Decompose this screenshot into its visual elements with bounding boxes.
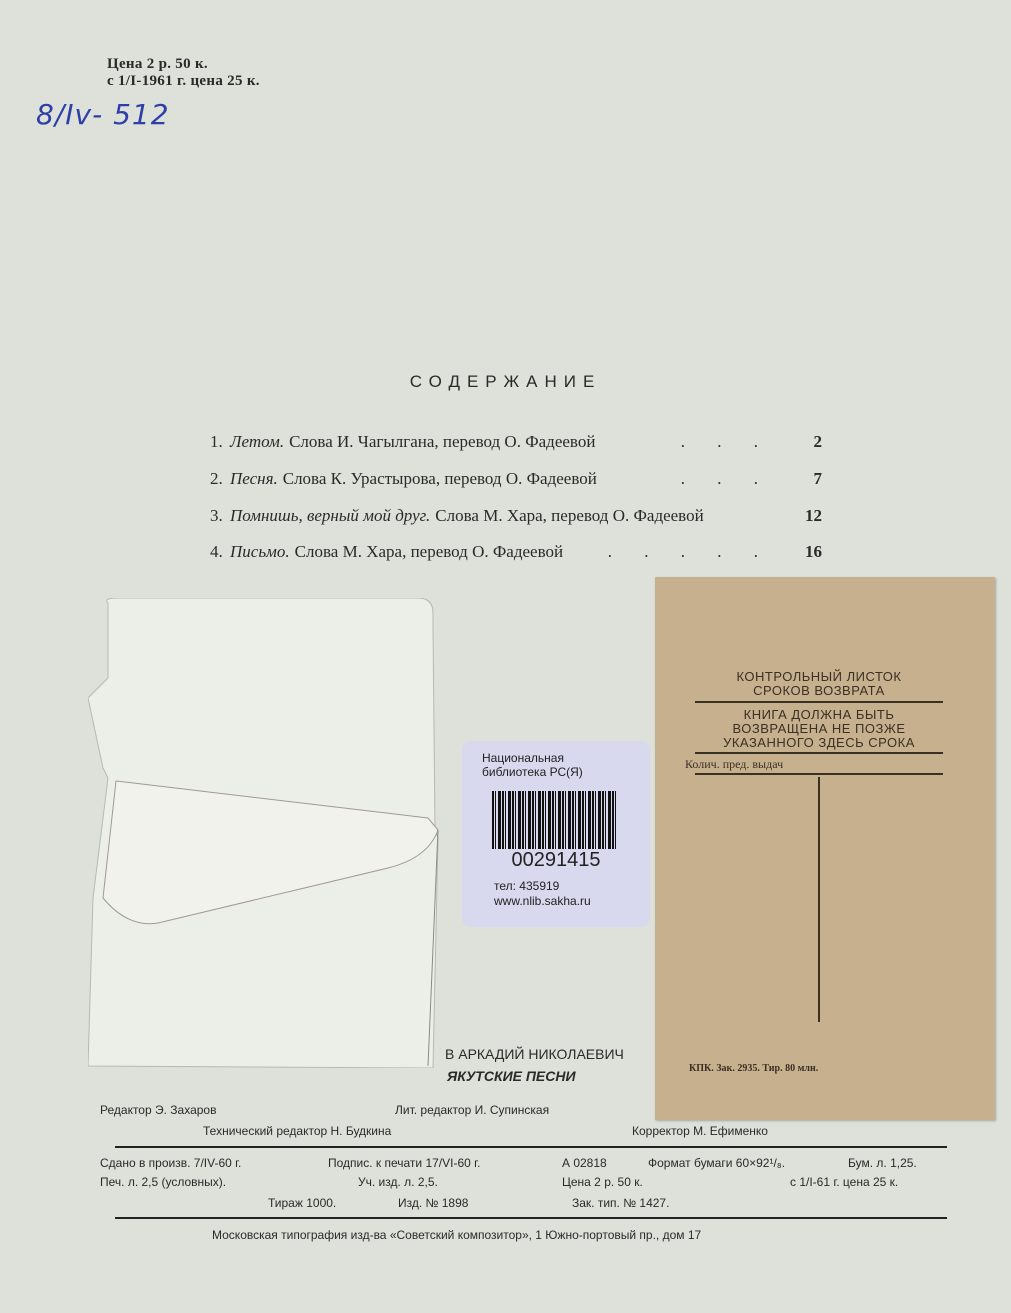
- barcode-icon: [492, 791, 616, 849]
- library-phone: тел: 435919: [494, 879, 591, 894]
- printer-address: Московская типография изд-ва «Советский …: [212, 1228, 701, 1242]
- book-title: ЯКУТСКИЕ ПЕСНИ: [447, 1068, 576, 1084]
- library-url: www.nlib.sakha.ru: [494, 894, 591, 909]
- card-notice-3: УКАЗАННОГО ЗДЕСЬ СРОКА: [695, 736, 943, 750]
- toc-num: 3.: [210, 506, 230, 526]
- colophon-order-no: Зак. тип. № 1427.: [572, 1196, 669, 1210]
- colophon-code: А 02818: [562, 1156, 607, 1170]
- toc-page: 2: [798, 432, 822, 452]
- toc-title: Песня.: [230, 469, 278, 489]
- colophon-publ-sheets: Уч. изд. л. 2,5.: [358, 1175, 438, 1189]
- divider: [115, 1146, 947, 1148]
- toc-entry: 1.Летом.Слова И. Чагылгана, перевод О. Ф…: [210, 432, 822, 452]
- toc-title: СОДЕРЖАНИЕ: [0, 372, 1011, 392]
- envelope-pocket: [88, 598, 443, 1068]
- toc-page: 7: [798, 469, 822, 489]
- toc-num: 1.: [210, 432, 230, 452]
- toc-num: 4.: [210, 542, 230, 562]
- divider: [695, 752, 943, 754]
- toc-entry: 4.Письмо.Слова М. Хара, перевод О. Фадее…: [210, 542, 822, 562]
- lit-editor: Лит. редактор И. Супинская: [395, 1103, 549, 1117]
- toc-dots: . . .: [595, 432, 798, 452]
- toc-entry: 2.Песня.Слова К. Урастырова, перевод О. …: [210, 469, 822, 489]
- colophon-print-sheets: Печ. л. 2,5 (условных).: [100, 1175, 226, 1189]
- toc-dots: . . . . .: [563, 542, 798, 562]
- book-author: В АРКАДИЙ НИКОЛАЕВИЧ: [445, 1046, 624, 1062]
- toc-dots: . . .: [597, 469, 798, 489]
- toc-num: 2.: [210, 469, 230, 489]
- column-divider: [818, 777, 820, 1022]
- toc-credit: Слова И. Чагылгана, перевод О. Фадеевой: [289, 432, 595, 452]
- toc-credit: Слова М. Хара, перевод О. Фадеевой: [435, 506, 703, 526]
- toc-title: Летом.: [230, 432, 284, 452]
- colophon-paper-sheets: Бум. л. 1,25.: [848, 1156, 917, 1170]
- tech-editor: Технический редактор Н. Будкина: [203, 1124, 391, 1138]
- divider: [115, 1217, 947, 1219]
- divider: [695, 701, 943, 703]
- library-barcode-label: Национальная библиотека РС(Я) 00291415 т…: [462, 741, 650, 927]
- toc-title: Письмо.: [230, 542, 290, 562]
- card-notice-2: ВОЗВРАЩЕНА НЕ ПОЗЖЕ: [695, 722, 943, 736]
- card-heading-2: СРОКОВ ВОЗВРАТА: [695, 684, 943, 698]
- colophon-submitted: Сдано в произв. 7/IV-60 г.: [100, 1156, 241, 1170]
- card-notice-1: КНИГА ДОЛЖНА БЫТЬ: [695, 708, 943, 722]
- toc-title: Помнишь, верный мой друг.: [230, 506, 430, 526]
- price-line-2: с 1/I-1961 г. цена 25 к.: [107, 73, 260, 90]
- colophon-signed: Подпис. к печати 17/VI-60 г.: [328, 1156, 480, 1170]
- toc-dots: [704, 506, 798, 526]
- colophon-print-run: Тираж 1000.: [268, 1196, 336, 1210]
- toc-entry: 3.Помнишь, верный мой друг.Слова М. Хара…: [210, 506, 822, 526]
- library-name: Национальная библиотека РС(Я): [482, 751, 602, 779]
- colophon-publisher-no: Изд. № 1898: [398, 1196, 468, 1210]
- handwritten-shelf-mark: 8/Iv- 512: [36, 98, 170, 131]
- toc-credit: Слова К. Урастырова, перевод О. Фадеевой: [283, 469, 597, 489]
- card-imprint: КПК. Зак. 2935. Тир. 80 млн.: [689, 1063, 818, 1074]
- divider: [695, 773, 943, 775]
- toc-page: 16: [798, 542, 822, 562]
- toc-credit: Слова М. Хара, перевод О. Фадеевой: [295, 542, 563, 562]
- corrector: Корректор М. Ефименко: [632, 1124, 768, 1138]
- colophon-price: Цена 2 р. 50 к.: [562, 1175, 643, 1189]
- issue-count-label: Колич. пред. выдач: [685, 757, 783, 772]
- toc-page: 12: [798, 506, 822, 526]
- barcode-number: 00291415: [462, 849, 650, 872]
- price-line-1: Цена 2 р. 50 к.: [107, 56, 208, 73]
- card-heading-1: КОНТРОЛЬНЫЙ ЛИСТОК: [695, 670, 943, 684]
- colophon-format: Формат бумаги 60×92¹/₈.: [648, 1156, 785, 1170]
- colophon-new-price: с 1/I-61 г. цена 25 к.: [790, 1175, 898, 1189]
- return-date-card: КОНТРОЛЬНЫЙ ЛИСТОК СРОКОВ ВОЗВРАТА КНИГА…: [655, 577, 995, 1120]
- editor: Редактор Э. Захаров: [100, 1103, 216, 1117]
